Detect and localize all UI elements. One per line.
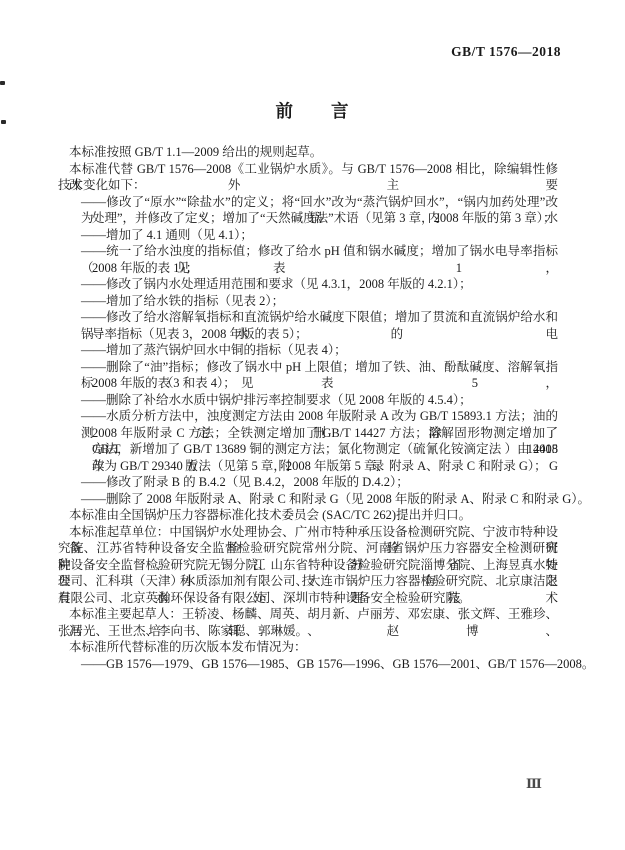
text-line: 2008 年版附录 C 方法；全铁测定增加了 GB/T 14427 方法；溶解固… bbox=[58, 425, 558, 442]
text-line: 公司、汇科琪（天津）水质添加剂有限公司、大连市锅炉压力容器检验研究院、北京康洁之… bbox=[58, 573, 558, 590]
text-line: 本标准按照 GB/T 1.1—2009 给出的规则起草。 bbox=[58, 144, 558, 161]
text-line: ——修改了附录 B 的 B.4.2（见 B.4.2，2008 年版的 D.4.2… bbox=[58, 474, 558, 491]
text-line: 本标准代替 GB/T 1576—2008《工业锅炉水质》。与 GB/T 1576… bbox=[58, 161, 558, 178]
text-line: ——水质分析方法中，浊度测定方法由 2008 年版附录 A 改为 GB/T 15… bbox=[58, 408, 558, 425]
text-line: ——增加了给水铁的指标（见表 2）； bbox=[58, 293, 558, 310]
text-line: 本标准所代替标准的历次版本发布情况为： bbox=[58, 639, 558, 656]
text-line: ——删除了“油”指标；修改了锅水中 pH 上限值；增加了铁、油、酚酞碱度、溶解氧… bbox=[58, 359, 558, 376]
text-line: 本标准起草单位：中国锅炉水处理协会、广州市特种承压设备检测研究院、宁波市特种设备… bbox=[58, 524, 558, 541]
standard-number: GB/T 1576—2018 bbox=[451, 44, 561, 60]
text-line: 本标准主要起草人：王轿凌、杨麟、周英、胡月新、卢丽芳、邓宏康、张文辉、王雅珍、冯… bbox=[58, 606, 558, 623]
text-line: 究院、江苏省特种设备安全监督检验研究院常州分院、河南省锅炉压力容器安全检测研究院… bbox=[58, 540, 558, 557]
scan-artifact-mark bbox=[0, 81, 5, 85]
text-line: 改为 GB/T 29340 方法（见第 5 章，2008 年版第 5 章、附录 … bbox=[58, 458, 558, 475]
text-line: ——删除了补给水水质中锅炉排污率控制要求（见 2008 年版的 4.5.4）； bbox=[58, 392, 558, 409]
text-line: 种设备安全监督检验研究院无锡分院、山东省特种设备检验研究院淄博分院、上海昱真水处… bbox=[58, 557, 558, 574]
page-title: 前 言 bbox=[0, 98, 625, 123]
text-line: ——修改了锅内水处理适用范围和要求（见 4.3.1，2008 年版的 4.2.1… bbox=[58, 276, 558, 293]
page-number: Ⅲ bbox=[526, 776, 542, 792]
text-line: ——增加了 4.1 通则（见 4.1）； bbox=[58, 227, 558, 244]
text-line: ——统一了给水浊度的指标值；修改了给水 pH 值和锅水碱度；增加了锅水电导率指标… bbox=[58, 243, 558, 260]
document-page: GB/T 1576—2018 前 言 本标准按照 GB/T 1.1—2009 给… bbox=[0, 0, 625, 850]
text-line: ——删除了 2008 年版附录 A、附录 C 和附录 G（见 2008 年版的附… bbox=[58, 491, 558, 508]
text-line: ——增加了蒸汽锅炉回水中铜的指标（见表 4）； bbox=[58, 342, 558, 359]
text-line: ——修改了“原水”“除盐水”的定义；将“回水”改为“蒸汽锅炉回水”，“锅内加药处… bbox=[58, 194, 558, 211]
text-line: 方法，新增加了 GB/T 13689 铜的测定方法；氯化物测定（硫氰化铵滴定法 … bbox=[58, 441, 558, 458]
text-line: 处理”，并修改了定义；增加了“天然碱度法”术语（见第 3 章，2008 年版的第… bbox=[58, 210, 558, 227]
text-line: ——修改了给水溶解氧指标和直流锅炉给水碱度下限值；增加了贯流和直流锅炉给水和锅水… bbox=[58, 309, 558, 326]
text-line: 本标准由全国锅炉压力容器标准化技术委员会 (SAC/TC 262)提出并归口。 bbox=[58, 507, 558, 524]
text-line: ——GB 1576—1979、GB 1576—1985、GB 1576—1996… bbox=[58, 656, 558, 673]
foreword-body: 本标准按照 GB/T 1.1—2009 给出的规则起草。本标准代替 GB/T 1… bbox=[58, 144, 558, 672]
